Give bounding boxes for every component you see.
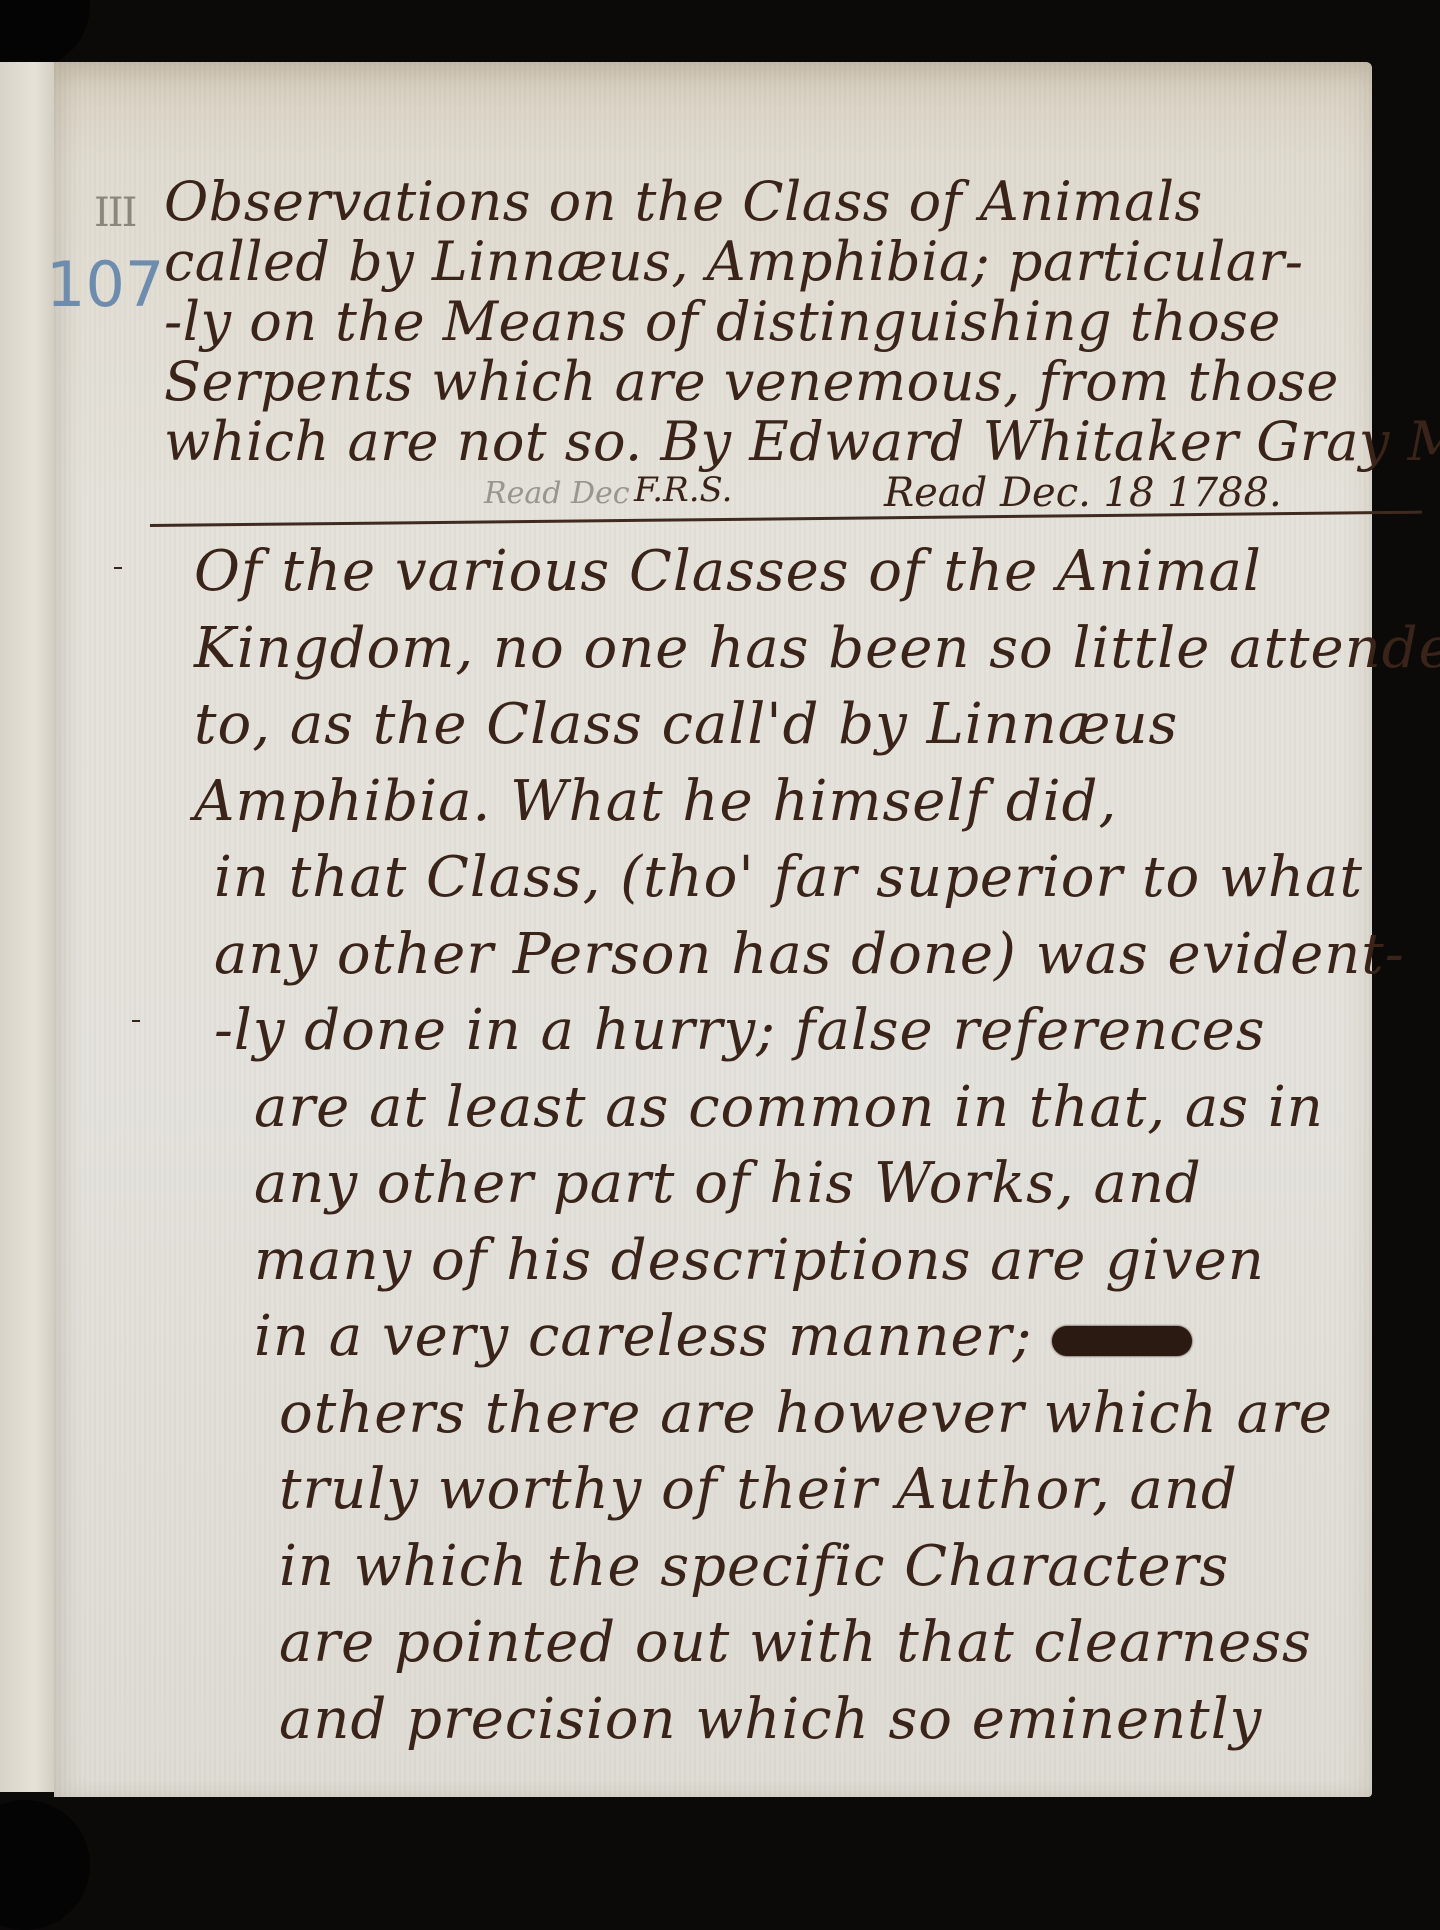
body-line: are pointed out with that clearness	[194, 1605, 1414, 1682]
body-line: -ly done in a hurry; false references	[194, 993, 1414, 1070]
title-line: which are not so. By Edward Whitaker Gra…	[164, 412, 1414, 472]
body-line: any other part of his Works, and	[194, 1146, 1414, 1223]
pencil-annotation: Read Dec	[484, 476, 630, 511]
body-line: Kingdom, no one has been so little atten…	[194, 611, 1414, 688]
body-line: others there are however which are	[194, 1376, 1414, 1453]
body-line: are at least as common in that, as in	[194, 1070, 1414, 1147]
title-line: Observations on the Class of Animals	[164, 172, 1414, 232]
author-affiliation: F.R.S.	[634, 470, 732, 510]
body-line: truly worthy of their Author, and	[194, 1452, 1414, 1529]
body-line: Amphibia. What he himself did,	[194, 764, 1414, 841]
title-line: Serpents which are venemous, from those	[164, 352, 1414, 412]
body-line: to, as the Class call'd by Linnæus	[194, 687, 1414, 764]
title-block: Observations on the Class of Animals cal…	[164, 172, 1414, 472]
binding-gutter	[0, 62, 59, 1792]
body-line: and precision which so eminently	[194, 1682, 1414, 1759]
body-line: in that Class, (tho' far superior to wha…	[194, 840, 1414, 917]
body-line: in a very careless manner;	[194, 1299, 1414, 1376]
margin-tick-mark	[114, 567, 122, 569]
body-line: any other Person has done) was evident-	[194, 917, 1414, 994]
title-line: called by Linnæus, Amphibia; particular-	[164, 232, 1414, 292]
margin-tick-mark	[132, 1020, 140, 1022]
roman-numeral-annotation: III	[94, 190, 135, 236]
folio-number-annotation: 107	[46, 248, 164, 321]
body-line-text: in a very careless manner;	[254, 1304, 1032, 1369]
ink-blot-deletion	[1052, 1326, 1192, 1356]
body-text: Of the various Classes of the Animal Kin…	[194, 534, 1414, 1758]
body-line: many of his descriptions are given	[194, 1223, 1414, 1300]
read-date: Read Dec. 18 1788.	[884, 470, 1282, 516]
body-line: Of the various Classes of the Animal	[194, 534, 1414, 611]
title-line: -ly on the Means of distinguishing those	[164, 292, 1414, 352]
manuscript-page: III 107 Observations on the Class of Ani…	[54, 62, 1372, 1797]
body-line: in which the specific Characters	[194, 1529, 1414, 1606]
